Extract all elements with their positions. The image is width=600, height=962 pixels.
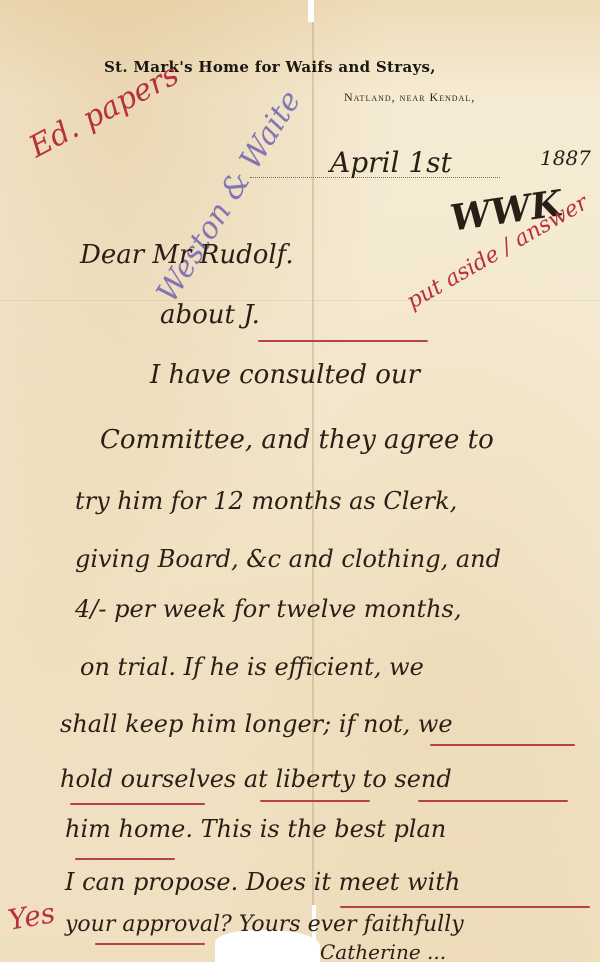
- letter-line-1: I have consulted our: [150, 360, 420, 390]
- paper-tear-top: [308, 0, 314, 22]
- signature: Catherine ...: [320, 940, 446, 962]
- underline-him-home: [75, 858, 175, 860]
- letter-line-10: I can propose. Does it meet with: [65, 868, 460, 896]
- underline-send: [418, 800, 568, 802]
- letter-line-7: shall keep him longer; if not, we: [60, 710, 453, 738]
- letter-line-4: giving Board, &c and clothing, and: [75, 545, 501, 573]
- subject: about J.: [160, 300, 260, 330]
- letter-line-11: your approval? Yours ever faithfully: [65, 912, 464, 937]
- letterhead-address: Natland, near Kendal,: [344, 90, 475, 105]
- underline-does-it: [340, 906, 590, 908]
- fold-crease-horizontal: [0, 300, 600, 301]
- underline-if-not: [430, 744, 575, 746]
- subject-underline: [258, 340, 428, 342]
- letter-line-8: hold ourselves at liberty to send: [60, 765, 452, 793]
- letter-line-2: Committee, and they agree to: [100, 425, 494, 455]
- underline-approval: [95, 943, 205, 945]
- underline-hold: [70, 803, 205, 805]
- letter-line-3: try him for 12 months as Clerk,: [75, 487, 457, 515]
- date-year: 1887: [540, 146, 591, 170]
- letter-line-9: him home. This is the best plan: [65, 815, 446, 843]
- salutation: Dear Mr Rudolf.: [80, 240, 294, 270]
- date-day: April 1st: [330, 146, 452, 179]
- letter-line-6: on trial. If he is efficient, we: [80, 653, 424, 681]
- underline-liberty: [260, 800, 370, 802]
- letter-line-5: 4/- per week for twelve months,: [75, 595, 461, 623]
